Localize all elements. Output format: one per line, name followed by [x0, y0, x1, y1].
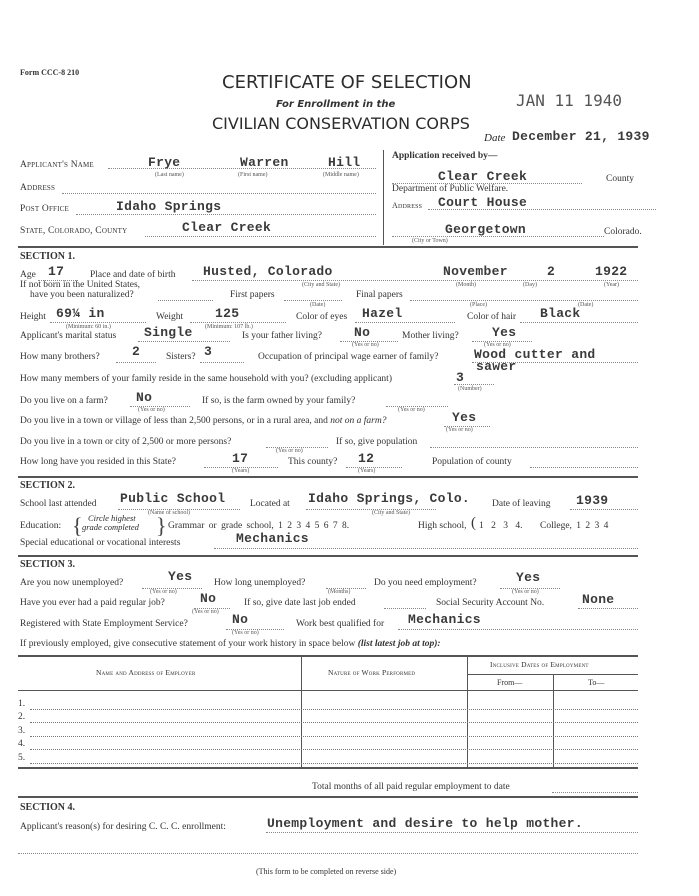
school-value: Public School: [120, 491, 225, 506]
located-caption: (City and State): [372, 510, 410, 516]
rule: [18, 555, 638, 557]
county-residence-label: This county?: [288, 457, 337, 467]
father-label: Is your father living?: [242, 331, 322, 341]
unemployed-value: Yes: [168, 569, 192, 584]
unemployed-label: Are you now unemployed?: [20, 578, 123, 588]
county-label: State, Colorado, County: [20, 226, 127, 236]
applicant-name-label: Applicant's Name: [20, 160, 94, 170]
work-history-label: If previously employed, give consecutive…: [20, 639, 441, 649]
paid-job-label: Have you ever had a paid regular job?: [20, 598, 165, 608]
leaving-label: Date of leaving: [492, 499, 551, 509]
leaving-value: 1939: [576, 493, 608, 508]
brothers-value: 2: [132, 344, 140, 359]
college-grades: College, 1 2 3 4: [540, 521, 608, 531]
footer-note: (This form to be completed on reverse si…: [256, 867, 396, 876]
eyes-value: Hazel: [362, 306, 403, 321]
age-label: Age: [20, 270, 36, 280]
section2-heading: SECTION 2.: [20, 480, 75, 491]
table-row-number: 5.: [18, 753, 25, 763]
state-residence-value: 17: [232, 451, 248, 466]
population-line: [430, 447, 638, 448]
household-value: 3: [456, 370, 464, 385]
last-job-label: If so, give date last job ended: [244, 598, 356, 608]
form-number: Form CCC-8 210: [20, 68, 79, 77]
weight-caption: (Minimum: 107 lb.): [205, 324, 253, 330]
small-town-value: Yes: [452, 410, 476, 425]
small-town-label: Do you live in a town or village of less…: [20, 416, 386, 426]
marital-value: Single: [144, 325, 193, 340]
right-brace: }: [156, 513, 167, 539]
column-header-to: To—: [588, 678, 604, 687]
need-employment-caption: (Yes or no): [512, 589, 539, 595]
education-label: Education:: [20, 521, 61, 531]
rule: [18, 246, 638, 248]
circled-grade-mark: (: [471, 515, 476, 532]
population-label: If so, give population: [336, 437, 417, 447]
occupation-value-continued: sawer: [476, 359, 517, 374]
hair-value: Black: [540, 306, 581, 321]
column-header-employer: Name and Address of Employer: [96, 668, 196, 677]
how-long-label: How long unemployed?: [214, 578, 305, 588]
table-row[interactable]: [30, 722, 638, 723]
received-address-value: Court House: [438, 195, 527, 210]
received-county-value: Clear Creek: [438, 169, 527, 184]
post-office-line: [76, 214, 376, 215]
qualified-label: Work best qualified for: [296, 619, 384, 629]
document-subtitle: For Enrollment in the: [276, 99, 395, 110]
birth-month-value: November: [443, 264, 508, 279]
work-history-note: (list latest job at top):: [358, 639, 441, 649]
last-name-caption: (Last name): [155, 172, 184, 178]
months-caption: (Months): [328, 589, 350, 595]
occupation-label: Occupation of principal wage earner of f…: [258, 352, 438, 362]
located-line: [306, 509, 436, 510]
farm-owned-caption: (Yes or no): [398, 407, 425, 413]
table-row[interactable]: [30, 763, 638, 764]
post-office-label: Post Office: [20, 204, 69, 214]
need-employment-value: Yes: [516, 570, 540, 585]
qualified-value: Mechanics: [408, 612, 481, 627]
address-label: Address: [20, 183, 55, 193]
post-office-value: Idaho Springs: [116, 199, 221, 214]
paid-job-caption: (Yes or no): [192, 609, 219, 615]
farm-label: Do you live on a farm?: [20, 396, 108, 406]
height-caption: (Minimum: 60 in.): [66, 324, 111, 330]
city-caption: (Yes or no): [276, 448, 303, 454]
table-row[interactable]: [30, 749, 638, 750]
county-residence-value: 12: [358, 451, 374, 466]
mother-label: Mother living?: [402, 331, 459, 341]
sisters-label: Sisters?: [166, 352, 196, 362]
birth-year-value: 1922: [595, 264, 627, 279]
header-divider: [383, 150, 384, 245]
received-by-label: Application received by—: [392, 151, 497, 161]
received-county-suffix: County: [606, 174, 634, 184]
interests-value: Mechanics: [236, 531, 309, 546]
table-divider-employer: [301, 656, 302, 768]
unemployed-caption: (Yes or no): [150, 589, 177, 595]
household-label: How many members of your family reside i…: [20, 374, 392, 384]
final-papers-line: [410, 300, 638, 301]
located-value: Idaho Springs, Colo.: [308, 491, 470, 506]
column-header-nature: Nature of Work Performed: [328, 668, 415, 677]
middle-name-caption: (Middle name): [323, 172, 359, 178]
birth-day-value: 2: [547, 264, 555, 279]
weight-label: Weight: [156, 312, 183, 322]
grammar-school-grades: Grammar or grade school, 1 2 3 4 5 6 7 8…: [168, 521, 349, 531]
received-address-label: Address: [392, 201, 422, 210]
table-row-number: 2.: [18, 712, 25, 722]
naturalized-line: [158, 300, 213, 301]
place-caption: (Place): [470, 302, 487, 308]
household-caption: (Number): [458, 386, 482, 392]
birth-place-caption: (City and State): [302, 282, 340, 288]
father-value: No: [354, 325, 370, 340]
month-caption: (Month): [456, 282, 476, 288]
table-divider-dates: [553, 674, 554, 768]
dates-subheader-rule: [468, 674, 638, 675]
weight-value: 125: [215, 306, 239, 321]
table-row-number: 3.: [18, 726, 25, 736]
first-papers-caption: (Date): [310, 302, 325, 308]
farm-owned-label: If so, is the farm owned by your family?: [202, 396, 355, 406]
qualified-line: [398, 629, 638, 630]
school-caption: (Name of school): [148, 510, 190, 516]
high-school-label: High school,: [418, 521, 467, 531]
received-city-caption: (City or Town): [412, 238, 448, 244]
first-name-value: Warren: [240, 155, 289, 170]
rule: [18, 476, 638, 478]
column-header-from: From—: [497, 678, 522, 687]
birth-place-value: Husted, Colorado: [203, 264, 333, 279]
table-row[interactable]: [30, 709, 638, 710]
last-job-line: [384, 608, 426, 609]
section4-heading: SECTION 4.: [20, 802, 75, 813]
received-stamp: JAN 11 1940: [516, 91, 622, 110]
located-label: Located at: [250, 499, 290, 509]
organization-name: CIVILIAN CONSERVATION CORPS: [212, 114, 470, 133]
ssn-value: None: [582, 592, 614, 607]
department-label: Department of Public Welfare.: [392, 184, 508, 194]
hair-line: [520, 322, 638, 323]
height-label: Height: [20, 312, 46, 322]
county-line: [145, 236, 376, 237]
table-row-number: 4.: [18, 739, 25, 749]
table-divider-nature: [467, 656, 468, 768]
first-papers-line: [284, 300, 342, 301]
county-residence-caption: (Years): [358, 468, 375, 474]
eyes-label: Color of eyes: [296, 312, 347, 322]
small-town-label-emphasis: not on a farm?: [330, 416, 386, 426]
naturalized-line1: If not born in the United States,: [20, 280, 140, 290]
day-caption: (Day): [523, 282, 537, 288]
father-caption: (Yes or no): [352, 342, 379, 348]
age-value: 17: [48, 264, 64, 279]
ssn-line: [578, 608, 638, 609]
circle-instruction: Circle highestgrade completed: [82, 514, 139, 532]
brothers-line: [116, 362, 156, 363]
date-label: Date: [484, 132, 505, 144]
school-label: School last attended: [20, 499, 97, 509]
eyes-line: [355, 322, 455, 323]
height-line: [50, 322, 146, 323]
received-city-value: Georgetown: [445, 222, 526, 237]
birth-label: Place and date of birth: [90, 270, 175, 280]
need-employment-label: Do you need employment?: [374, 578, 477, 588]
reason-label: Applicant's reason(s) for desiring C. C.…: [20, 822, 226, 832]
final-papers-label: Final papers: [356, 290, 403, 300]
first-papers-label: First papers: [230, 290, 275, 300]
table-row[interactable]: [30, 736, 638, 737]
address-line: [62, 193, 376, 194]
date-value: December 21, 1939: [512, 129, 650, 144]
left-brace: {: [72, 513, 83, 539]
marital-label: Applicant's marital status: [20, 331, 116, 341]
year-caption: (Year): [604, 282, 619, 288]
state-residence-caption: (Years): [232, 468, 249, 474]
paid-job-value: No: [200, 591, 216, 606]
reason-continuation-line: [18, 853, 638, 854]
registered-caption: (Yes or no): [232, 630, 259, 636]
table-top-rule: [18, 655, 638, 657]
sisters-line: [200, 362, 244, 363]
naturalized-line2: have you been naturalized?: [30, 290, 134, 300]
registered-value: No: [232, 612, 248, 627]
last-name-value: Frye: [148, 155, 180, 170]
county-value: Clear Creek: [182, 220, 271, 235]
marital-line: [138, 341, 230, 342]
middle-name-value: Hill: [328, 155, 360, 170]
high-school-grades: 1 2 3 4.: [479, 521, 523, 531]
table-header-rule: [18, 690, 638, 691]
county-population-label: Population of county: [432, 457, 512, 467]
total-months-label: Total months of all paid regular employm…: [312, 782, 510, 792]
interests-label: Special educational or vocational intere…: [20, 538, 180, 548]
sisters-value: 3: [204, 344, 212, 359]
brothers-label: How many brothers?: [20, 352, 100, 362]
height-value: 69¼ in: [56, 306, 105, 321]
weight-line: [190, 322, 286, 323]
farm-caption: (Yes or no): [138, 407, 165, 413]
birth-line: [192, 280, 638, 281]
ssn-label: Social Security Account No.: [436, 598, 544, 608]
interests-line: [214, 548, 638, 549]
work-history-text: If previously employed, give consecutive…: [20, 639, 355, 649]
table-row-number: 1.: [18, 699, 25, 709]
table-bottom-rule: [18, 767, 638, 769]
reason-line: [266, 832, 638, 833]
state-residence-label: How long have you resided in this State?: [20, 457, 176, 467]
total-months-line: [552, 792, 638, 793]
county-population-line: [530, 467, 638, 468]
first-name-caption: (First name): [238, 172, 268, 178]
farm-value: No: [136, 390, 152, 405]
document-title: CERTIFICATE OF SELECTION: [222, 72, 472, 93]
city-label: Do you live in a town or city of 2,500 o…: [20, 437, 231, 447]
received-city-suffix: Colorado.: [604, 227, 642, 237]
small-town-caption: (Yes or no): [446, 427, 473, 433]
circle-line2: grade completed: [82, 523, 139, 532]
column-header-dates: Inclusive Dates of Employment: [490, 660, 589, 669]
section1-heading: SECTION 1.: [20, 251, 75, 262]
registered-label: Registered with State Employment Service…: [20, 619, 188, 629]
leaving-line: [570, 509, 638, 510]
small-town-label-text: Do you live in a town or village of less…: [20, 416, 328, 426]
reason-value: Unemployment and desire to help mother.: [267, 816, 583, 831]
hair-label: Color of hair: [467, 312, 516, 322]
mother-value: Yes: [492, 325, 516, 340]
rule: [18, 796, 638, 798]
section3-heading: SECTION 3.: [20, 559, 75, 570]
